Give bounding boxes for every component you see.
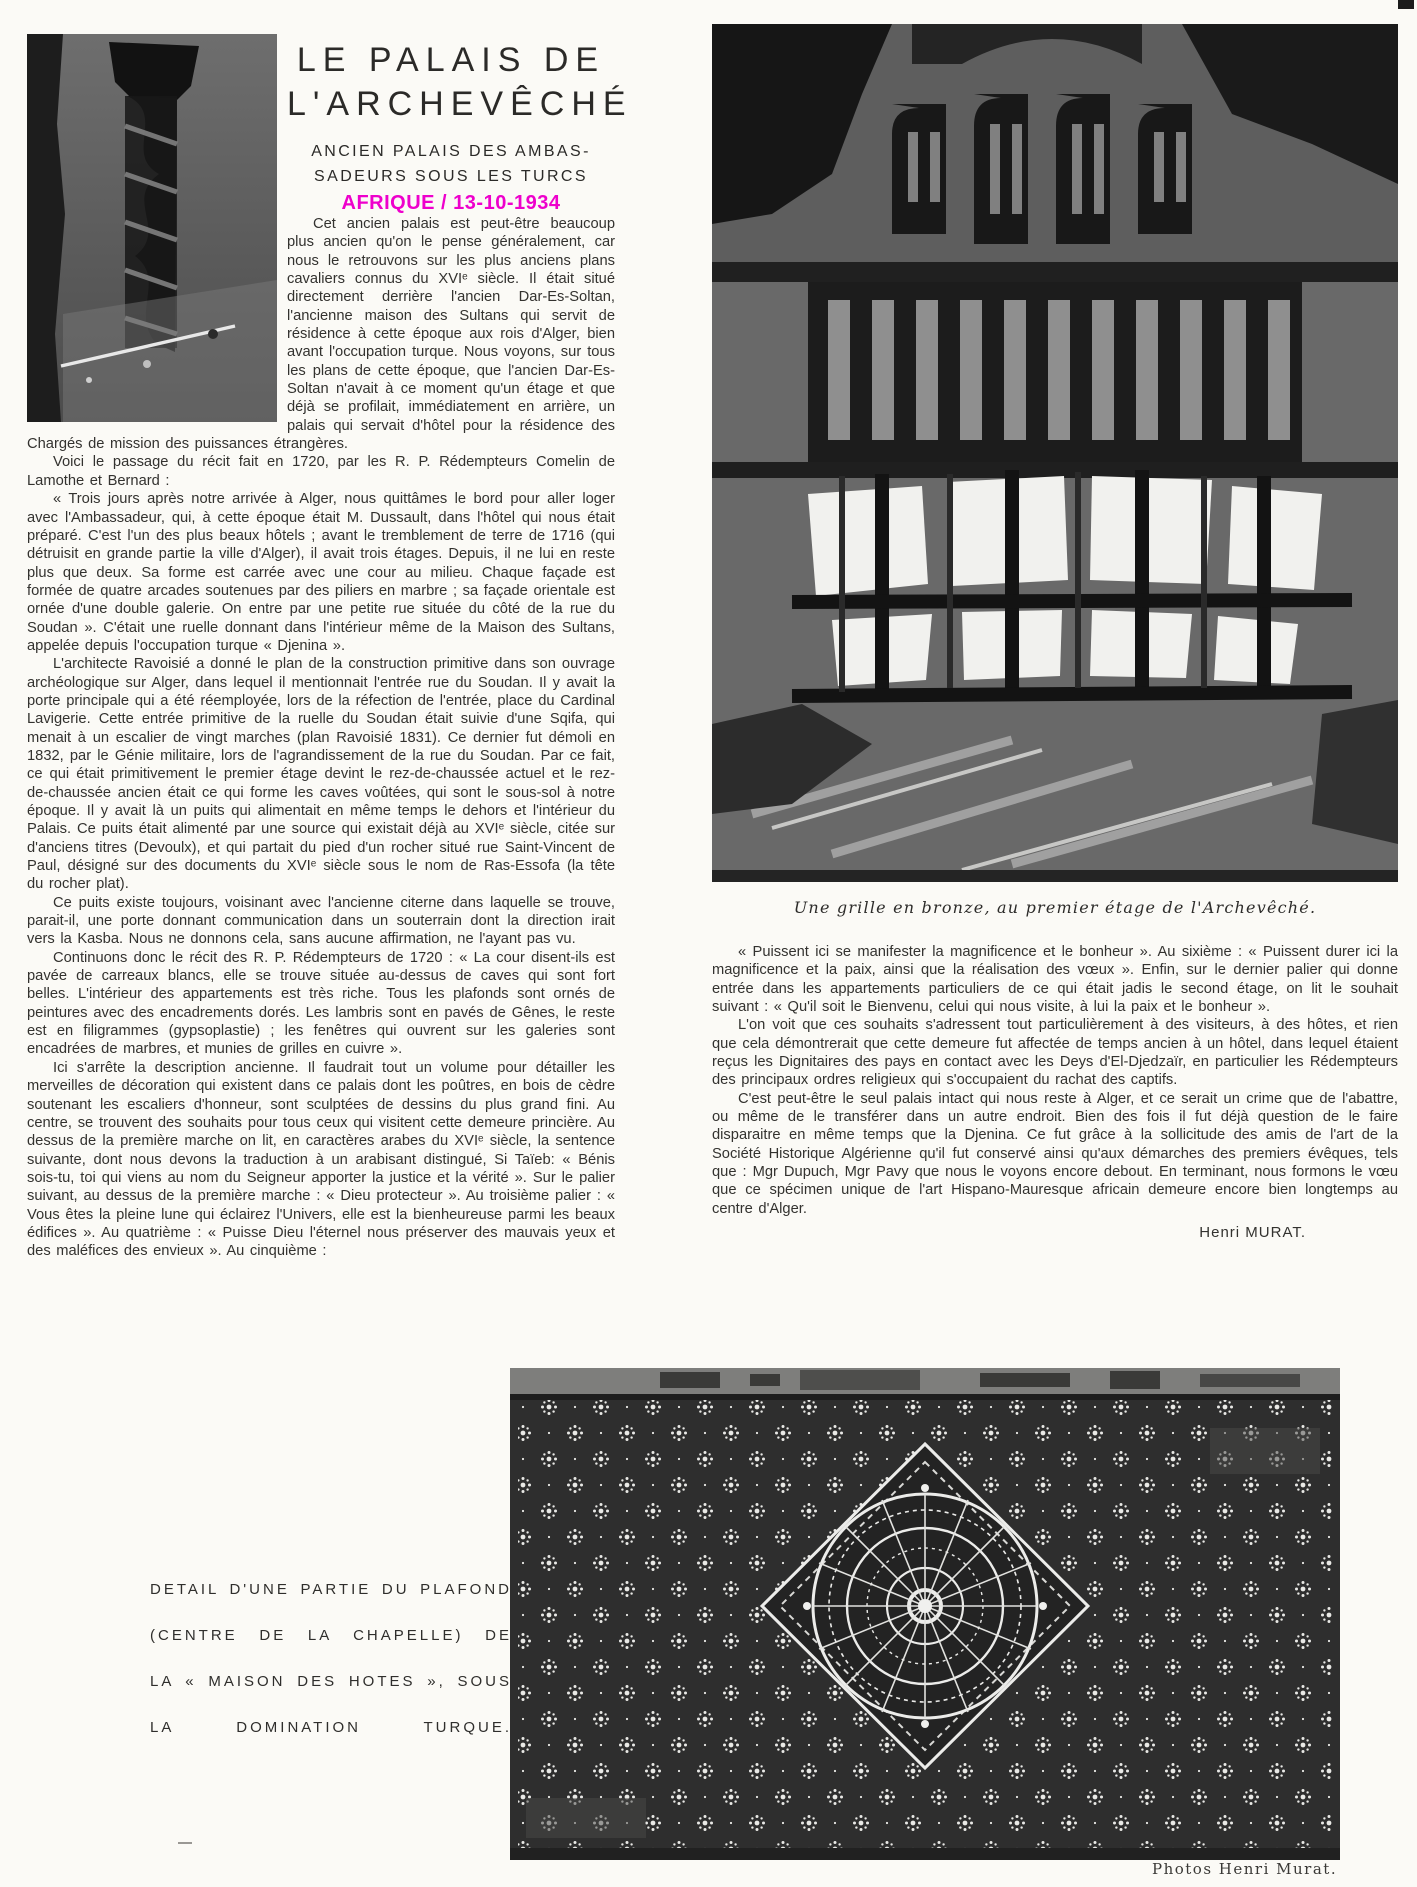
sculpted-column-photo	[27, 34, 277, 422]
paragraph: Ici s'arrête la description ancienne. Il…	[27, 1059, 615, 1261]
caption-line: LA « MAISON DES HOTES », SOUS	[150, 1674, 512, 1690]
scanned-magazine-page: LE PALAIS DE L'ARCHEVÊCHÉ ANCIEN PALAIS …	[0, 0, 1417, 1887]
left-column: LE PALAIS DE L'ARCHEVÊCHÉ ANCIEN PALAIS …	[27, 28, 615, 1261]
ceiling-detail-photo	[510, 1368, 1340, 1860]
bronze-grille-photo	[712, 24, 1398, 882]
page-corner-mark	[1398, 0, 1414, 9]
paragraph: Voici le passage du récit fait en 1720, …	[27, 453, 615, 490]
right-column: Une grille en bronze, au premier étage d…	[712, 24, 1398, 1241]
article-body-right: « Puissent ici se manifester la magnific…	[712, 943, 1398, 1218]
paragraph: « Trois jours après notre arrivée à Alge…	[27, 490, 615, 655]
caption-line: DETAIL D'UNE PARTIE DU PLAFOND	[150, 1582, 512, 1598]
paragraph: Continuons donc le récit des R. P. Rédem…	[27, 949, 615, 1059]
paragraph: L'architecte Ravoisié a donné le plan de…	[27, 655, 615, 893]
ceiling-photo-caption: DETAIL D'UNE PARTIE DU PLAFOND (CENTRE D…	[150, 1582, 512, 1766]
paragraph: C'est peut-être le seul palais intact qu…	[712, 1090, 1398, 1218]
grille-photo-caption: Une grille en bronze, au premier étage d…	[712, 898, 1398, 917]
paragraph: L'on voit que ces souhaits s'adressent t…	[712, 1016, 1398, 1089]
caption-line: LA DOMINATION TURQUE.	[150, 1720, 512, 1736]
paragraph: Ce puits existe toujours, voisinant avec…	[27, 894, 615, 949]
paragraph: « Puissent ici se manifester la magnific…	[712, 943, 1398, 1016]
photos-credit: Photos Henri Murat.	[1152, 1860, 1337, 1878]
caption-line: (CENTRE DE LA CHAPELLE) DE	[150, 1628, 512, 1644]
author-signature: Henri MURAT.	[712, 1224, 1398, 1241]
scan-artifact-dash	[178, 1842, 192, 1844]
